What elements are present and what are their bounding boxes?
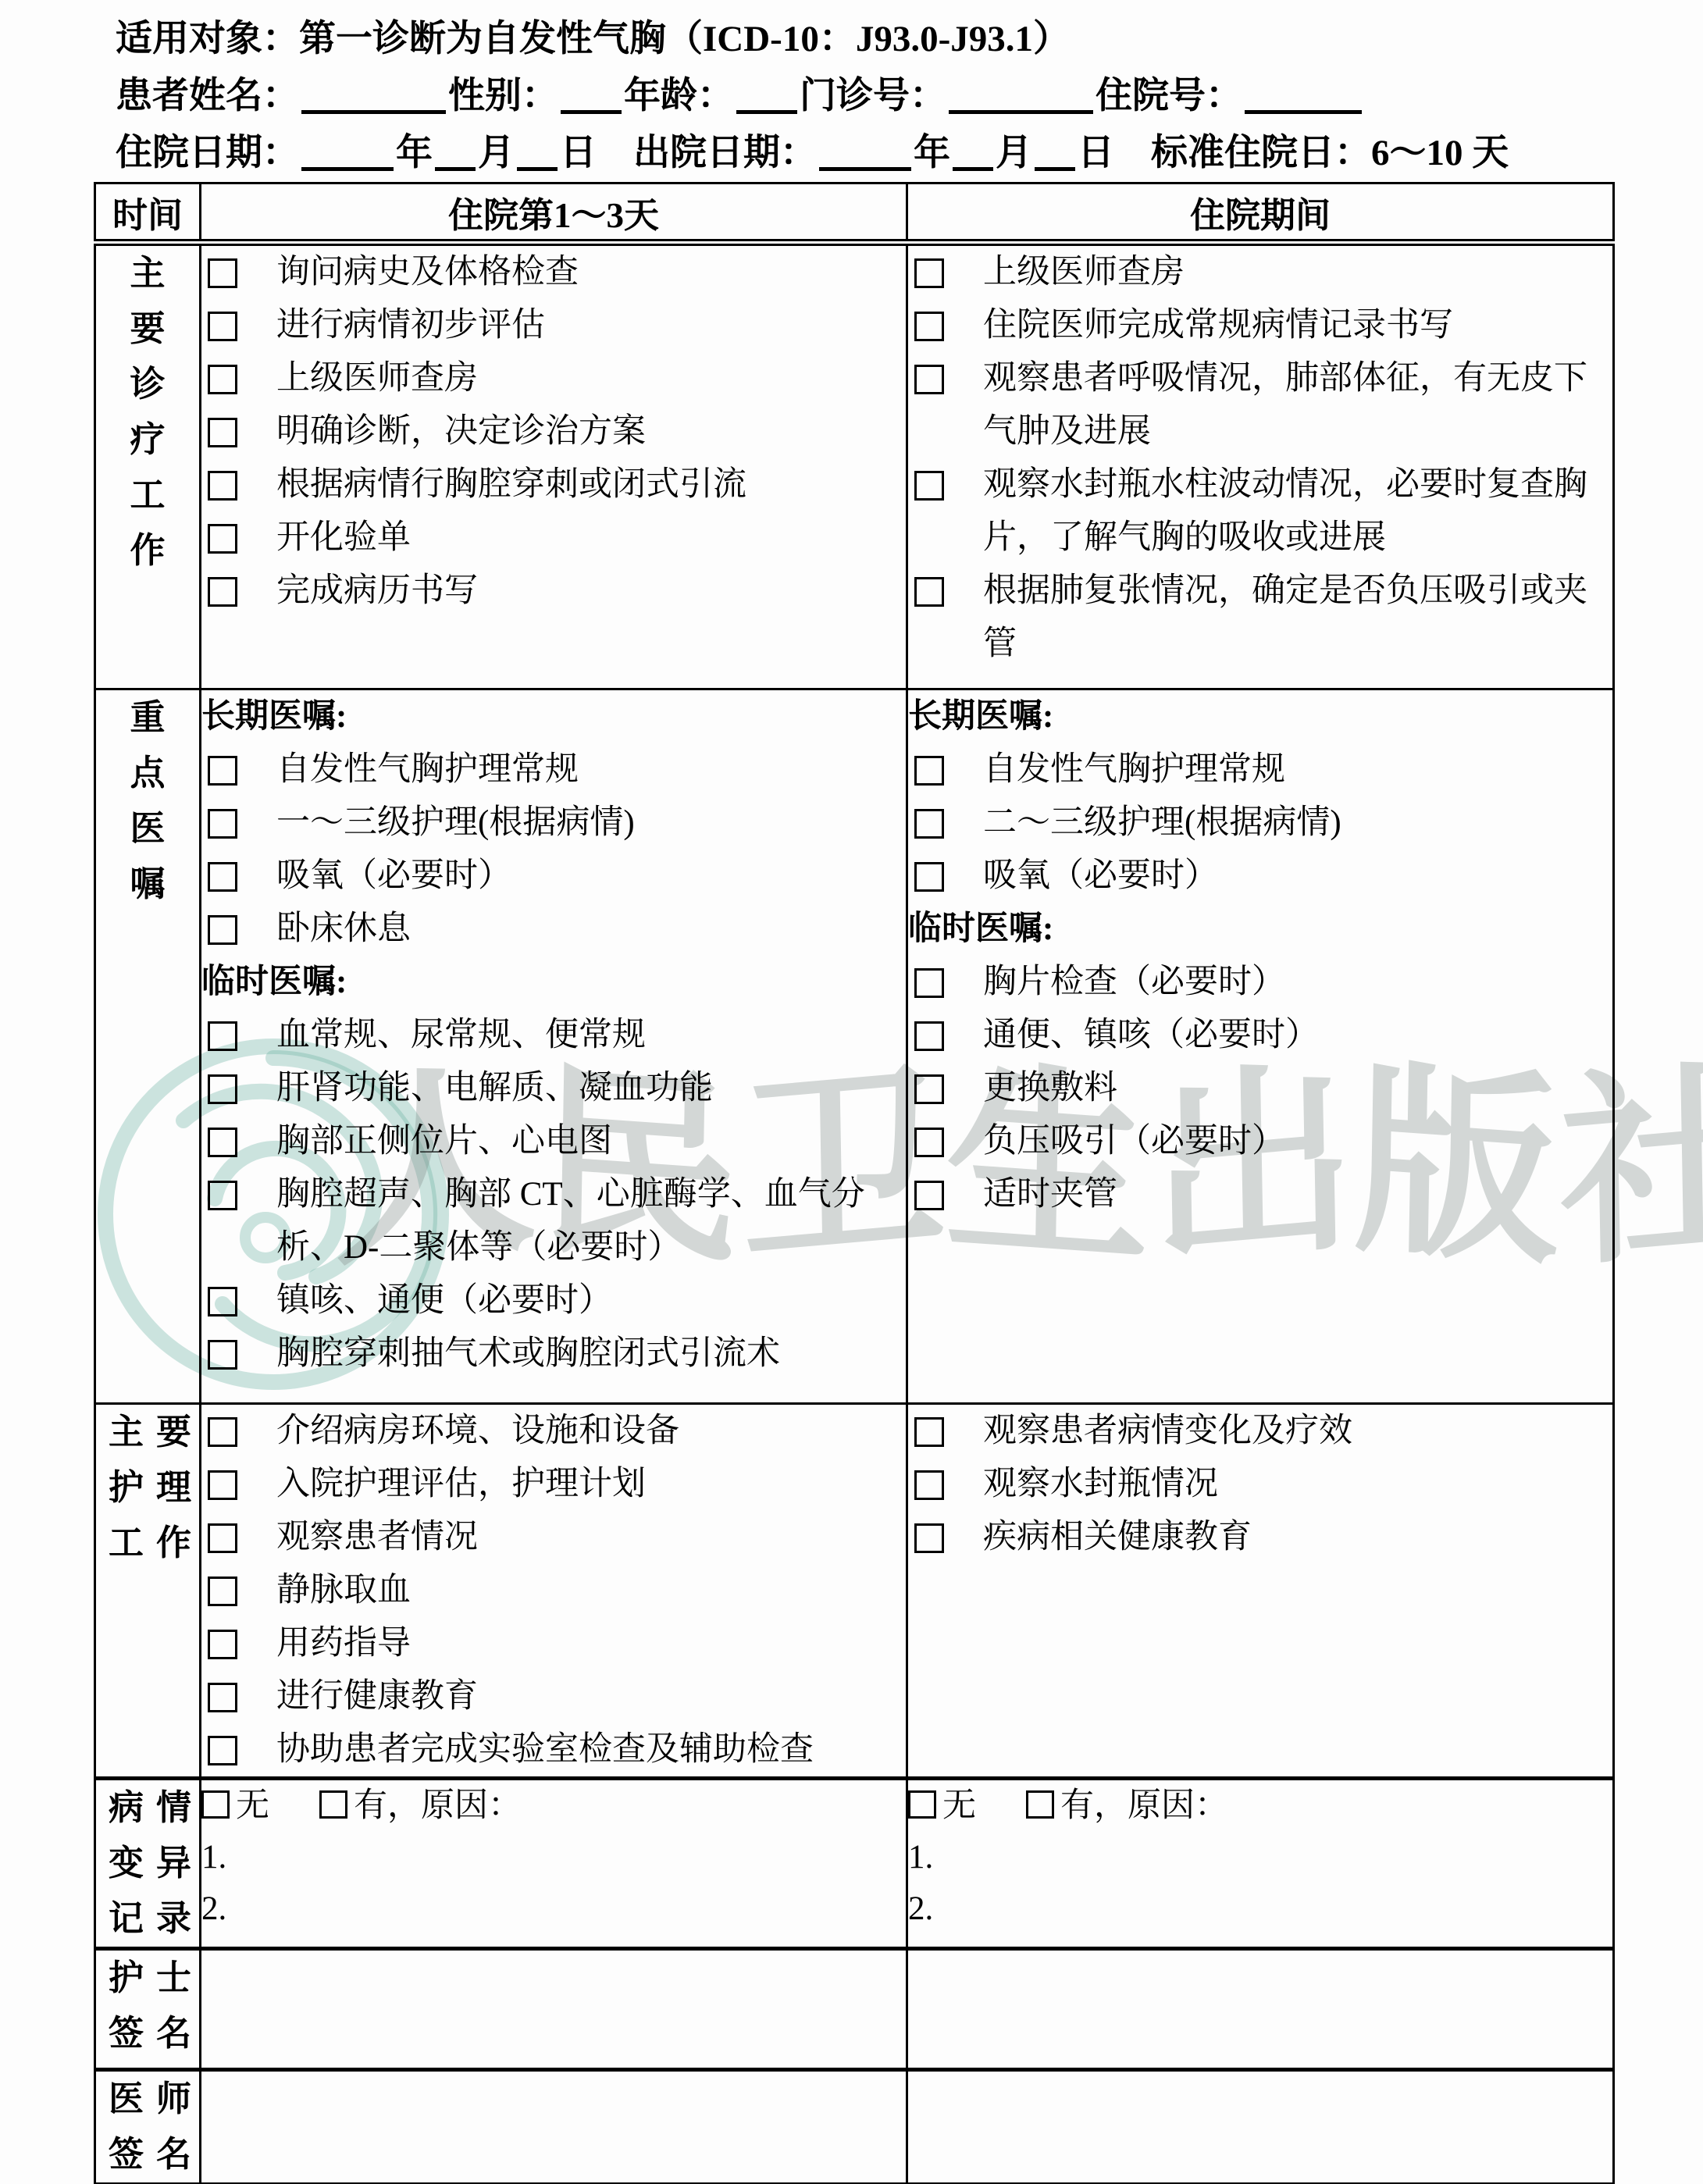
checklist-item-text: 血常规、尿常规、便常规: [276, 1009, 906, 1062]
checklist-item-text: 根据病情行胸腔穿刺或闭式引流: [276, 458, 906, 511]
checklist-item-text: 肝肾功能、电解质、凝血功能: [276, 1062, 906, 1115]
fill-blank[interactable]: [301, 102, 446, 114]
variance-option: 无: [908, 1787, 976, 1824]
row-label-line: 要: [96, 301, 199, 357]
checklist-item: 观察患者病情变化及疗效: [908, 1405, 1612, 1458]
order-section-heading: 长期医嘱:: [908, 690, 1612, 743]
checklist-item-text: 完成病历书写: [276, 565, 906, 618]
header-text: 日 标准住院日：6～10 天: [1078, 133, 1509, 173]
form-header: 适用对象：第一诊断为自发性气胸（ICD-10：J93.0-J93.1）患者姓名：…: [116, 11, 1625, 182]
checklist-item-text: 用药指导: [276, 1617, 906, 1670]
fill-blank[interactable]: [435, 159, 476, 171]
checklist-item-text: 介绍病房环境、设施和设备: [276, 1405, 906, 1458]
checkbox[interactable]: [208, 577, 237, 607]
checklist-item: 用药指导: [201, 1617, 906, 1670]
checklist-item-text: 观察患者病情变化及疗效: [983, 1405, 1612, 1458]
fill-blank[interactable]: [1035, 159, 1075, 171]
checklist-item: 观察水封瓶情况: [908, 1458, 1612, 1511]
header-text: 适用对象：第一诊断为自发性气胸（ICD-10：J93.0-J93.1）: [116, 19, 1070, 59]
checkbox[interactable]: [914, 968, 944, 998]
checklist-item-text: 吸氧（必要时）: [983, 850, 1612, 903]
order-section-heading: 临时医嘱:: [908, 903, 1612, 956]
checkbox[interactable]: [1026, 1790, 1054, 1819]
table-row-variance-record: 病情变异记录无有，原因：1.2.无有，原因：1.2.: [95, 1779, 1614, 1949]
table-header-time: 时间: [95, 183, 201, 243]
checklist-item: 入院护理评估，护理计划: [201, 1458, 906, 1511]
variance-option-label: 有，原因：: [354, 1787, 522, 1824]
checklist-item: 完成病历书写: [201, 565, 906, 618]
checkbox[interactable]: [208, 1021, 237, 1051]
row-label-line: 签名: [96, 2127, 199, 2182]
table-row-nurse-signature: 护士签名: [95, 1949, 1614, 2070]
checkbox[interactable]: [914, 577, 944, 607]
fill-blank[interactable]: [301, 159, 394, 171]
checklist-item: 进行健康教育: [201, 1670, 906, 1723]
checklist-item-text: 静脉取血: [276, 1564, 906, 1617]
checklist-item: 胸腔穿刺抽气术或胸腔闭式引流术: [201, 1327, 906, 1381]
checklist-item-text: 一～三级护理(根据病情): [276, 796, 906, 850]
header-text: 性别：: [448, 76, 558, 116]
checklist-item: 更换敷料: [908, 1062, 1612, 1115]
checklist-item: 询问病史及体格检查: [201, 246, 906, 299]
row-label-line: 主要: [96, 1405, 199, 1460]
header-text: 日 出院日期：: [560, 133, 817, 173]
checkbox[interactable]: [914, 1417, 944, 1447]
header-text: 月: [996, 133, 1032, 173]
row-label-line: 工: [96, 468, 199, 523]
nurse-signature-during-stay-cell[interactable]: [907, 1949, 1614, 2070]
checkbox[interactable]: [201, 1790, 230, 1819]
header-text: 年: [396, 133, 433, 173]
checklist-item: 胸片检查（必要时）: [908, 956, 1612, 1009]
checklist-item-text: 更换敷料: [983, 1062, 1612, 1115]
row-label-variance-record: 病情变异记录: [95, 1779, 201, 1949]
physician-signature-day1-3-cell[interactable]: [201, 2070, 907, 2184]
row-label-line: 嘱: [96, 857, 199, 912]
checklist-item: 卧床休息: [201, 903, 906, 956]
main-diagnosis-work-day1-3-cell: 询问病史及体格检查进行病情初步评估上级医师查房明确诊断，决定诊治方案根据病情行胸…: [201, 243, 907, 689]
row-label-line: 医师: [96, 2072, 199, 2127]
header-text: 患者姓名：: [116, 76, 299, 116]
checklist-item-text: 适时夹管: [983, 1168, 1612, 1221]
checkbox[interactable]: [208, 471, 237, 501]
row-label-line: 记录: [96, 1891, 199, 1947]
checklist-item-text: 观察患者情况: [276, 1511, 906, 1564]
checkbox[interactable]: [914, 1128, 944, 1157]
header-text: 月: [478, 133, 515, 173]
checklist-item: 明确诊断，决定诊治方案: [201, 405, 906, 458]
main-diagnosis-work-during-stay-cell: 上级医师查房住院医师完成常规病情记录书写观察患者呼吸情况，肺部体征，有无皮下气肿…: [907, 243, 1614, 689]
checklist-item: 介绍病房环境、设施和设备: [201, 1405, 906, 1458]
checklist-item: 适时夹管: [908, 1168, 1612, 1221]
checklist-item: 镇咳、通便（必要时）: [201, 1274, 906, 1327]
row-label-key-orders: 重点医嘱: [95, 689, 201, 1404]
form-header-line: 住院日期：年月日 出院日期：年月日 标准住院日：6～10 天: [116, 125, 1625, 182]
checkbox[interactable]: [208, 312, 237, 341]
checklist-item-text: 自发性气胸护理常规: [276, 743, 906, 796]
checklist-item-text: 胸腔穿刺抽气术或胸腔闭式引流术: [276, 1327, 906, 1381]
checklist-item: 上级医师查房: [201, 352, 906, 405]
checkbox[interactable]: [914, 756, 944, 786]
variance-options: 无有，原因：: [908, 1780, 1612, 1832]
row-label-line: 工作: [96, 1516, 199, 1571]
variance-option: 无: [201, 1787, 269, 1824]
row-label-line: 疗: [96, 412, 199, 468]
checklist-item-text: 观察患者呼吸情况，肺部体征，有无皮下气肿及进展: [983, 352, 1612, 458]
checkbox[interactable]: [208, 1417, 237, 1447]
checklist-item: 负压吸引（必要时）: [908, 1115, 1612, 1168]
checkbox[interactable]: [208, 809, 237, 839]
variance-option: 有，原因：: [1026, 1787, 1228, 1824]
checklist-item: 胸部正侧位片、心电图: [201, 1115, 906, 1168]
checkbox[interactable]: [914, 1074, 944, 1104]
checklist-item-text: 疾病相关健康教育: [983, 1511, 1612, 1564]
row-label-line: 医: [96, 801, 199, 857]
checklist-item-text: 上级医师查房: [276, 352, 906, 405]
checkbox[interactable]: [208, 1683, 237, 1712]
checklist-item-text: 通便、镇咳（必要时）: [983, 1009, 1612, 1062]
checklist-item-text: 上级医师查房: [983, 246, 1612, 299]
checklist-item-text: 镇咳、通便（必要时）: [276, 1274, 906, 1327]
checkbox[interactable]: [208, 1128, 237, 1157]
checkbox[interactable]: [914, 1181, 944, 1210]
checklist-item: 自发性气胸护理常规: [908, 743, 1612, 796]
row-label-physician-signature: 医师签名: [95, 2070, 201, 2184]
header-text: 门诊号：: [800, 76, 946, 116]
row-label-line: 签名: [96, 2006, 199, 2061]
checklist-item-text: 自发性气胸护理常规: [983, 743, 1612, 796]
key-orders-during-stay-cell: 长期医嘱:自发性气胸护理常规二～三级护理(根据病情)吸氧（必要时）临时医嘱:胸片…: [907, 689, 1614, 1404]
nurse-signature-day1-3-cell[interactable]: [201, 1949, 907, 2070]
checkbox[interactable]: [208, 1523, 237, 1553]
checkbox[interactable]: [208, 418, 237, 447]
numbered-blank-line: 2.: [908, 1883, 1612, 1935]
row-label-line: 护士: [96, 1951, 199, 2006]
checklist-item: 根据肺复张情况，确定是否负压吸引或夹管: [908, 565, 1612, 671]
order-section-heading: 长期医嘱:: [201, 690, 906, 743]
table-row-key-orders: 重点医嘱长期医嘱:自发性气胸护理常规一～三级护理(根据病情)吸氧（必要时）卧床休…: [95, 689, 1614, 1404]
checklist-item: 进行病情初步评估: [201, 299, 906, 352]
variance-option-label: 无: [942, 1787, 976, 1824]
fill-blank[interactable]: [736, 102, 797, 114]
physician-signature-during-stay-cell[interactable]: [907, 2070, 1614, 2184]
checklist-item-text: 入院护理评估，护理计划: [276, 1458, 906, 1511]
variance-options: 无有，原因：: [201, 1780, 906, 1832]
checklist-item-text: 胸腔超声、胸部 CT、心脏酶学、血气分析、D-二聚体等（必要时）: [276, 1168, 906, 1274]
numbered-blank-line: 2.: [201, 1883, 906, 1935]
checklist-item: 疾病相关健康教育: [908, 1511, 1612, 1564]
checklist-item: 观察患者呼吸情况，肺部体征，有无皮下气肿及进展: [908, 352, 1612, 458]
table-header-row: 时间 住院第1～3天 住院期间: [95, 183, 1614, 243]
row-label-line: 病情: [96, 1780, 199, 1836]
checkbox[interactable]: [208, 862, 237, 892]
clinical-pathway-page: 人民卫生出版社 适用对象：第一诊断为自发性气胸（ICD-10：J93.0-J93…: [0, 0, 1703, 2184]
fill-blank[interactable]: [561, 102, 622, 114]
variance-record-during-stay-cell: 无有，原因：1.2.: [907, 1779, 1614, 1949]
checklist-item-text: 进行健康教育: [276, 1670, 906, 1723]
checklist-item-text: 明确诊断，决定诊治方案: [276, 405, 906, 458]
checklist-item-text: 协助患者完成实验室检查及辅助检查: [276, 1723, 906, 1776]
checkbox[interactable]: [914, 1523, 944, 1553]
checklist-item: 胸腔超声、胸部 CT、心脏酶学、血气分析、D-二聚体等（必要时）: [201, 1168, 906, 1274]
variance-record-day1-3-cell: 无有，原因：1.2.: [201, 1779, 907, 1949]
checkbox[interactable]: [914, 809, 944, 839]
checkbox[interactable]: [208, 1287, 237, 1316]
key-orders-day1-3-cell: 长期医嘱:自发性气胸护理常规一～三级护理(根据病情)吸氧（必要时）卧床休息临时医…: [201, 689, 907, 1404]
checkbox[interactable]: [319, 1790, 347, 1819]
checkbox[interactable]: [208, 756, 237, 786]
checklist-item: 根据病情行胸腔穿刺或闭式引流: [201, 458, 906, 511]
checklist-item: 开化验单: [201, 511, 906, 565]
fill-blank[interactable]: [949, 102, 1093, 114]
table-row-main-nursing-work: 主要护理工作介绍病房环境、设施和设备入院护理评估，护理计划观察患者情况静脉取血用…: [95, 1404, 1614, 1779]
checkbox[interactable]: [914, 1021, 944, 1051]
checkbox[interactable]: [208, 1074, 237, 1104]
numbered-blank-line: 1.: [201, 1832, 906, 1883]
table-header-day1-3: 住院第1～3天: [201, 183, 907, 243]
table-row-physician-signature: 医师签名: [95, 2070, 1614, 2184]
checklist-item: 一～三级护理(根据病情): [201, 796, 906, 850]
checkbox[interactable]: [208, 1340, 237, 1370]
row-label-main-nursing-work: 主要护理工作: [95, 1404, 201, 1779]
checklist-item-text: 二～三级护理(根据病情): [983, 796, 1612, 850]
order-section-heading: 临时医嘱:: [201, 956, 906, 1009]
checklist-item-text: 胸片检查（必要时）: [983, 956, 1612, 1009]
checkbox[interactable]: [208, 1181, 237, 1210]
checkbox[interactable]: [914, 312, 944, 341]
row-label-line: 诊: [96, 357, 199, 412]
checklist-item-text: 询问病史及体格检查: [276, 246, 906, 299]
checklist-item: 通便、镇咳（必要时）: [908, 1009, 1612, 1062]
checklist-item: 上级医师查房: [908, 246, 1612, 299]
checkbox[interactable]: [914, 365, 944, 394]
checkbox[interactable]: [208, 258, 237, 288]
row-label-line: 变异: [96, 1836, 199, 1891]
checkbox[interactable]: [914, 471, 944, 501]
checklist-item-text: 住院医师完成常规病情记录书写: [983, 299, 1612, 352]
checklist-item: 二～三级护理(根据病情): [908, 796, 1612, 850]
checkbox[interactable]: [208, 1470, 237, 1500]
checklist-item-text: 开化验单: [276, 511, 906, 565]
variance-option-label: 无: [236, 1787, 269, 1824]
checklist-item-text: 卧床休息: [276, 903, 906, 956]
checklist-item-text: 吸氧（必要时）: [276, 850, 906, 903]
variance-option-label: 有，原因：: [1060, 1787, 1228, 1824]
row-label-line: 重: [96, 690, 199, 746]
checklist-item: 自发性气胸护理常规: [201, 743, 906, 796]
row-label-line: 主: [96, 246, 199, 301]
header-text: 住院日期：: [116, 133, 299, 173]
checklist-item: 协助患者完成实验室检查及辅助检查: [201, 1723, 906, 1776]
header-text: 住院号：: [1096, 76, 1242, 116]
checkbox[interactable]: [208, 1630, 237, 1659]
checklist-item: 血常规、尿常规、便常规: [201, 1009, 906, 1062]
table-row-main-diagnosis-work: 主要诊疗工作询问病史及体格检查进行病情初步评估上级医师查房明确诊断，决定诊治方案…: [95, 243, 1614, 689]
checklist-item-text: 胸部正侧位片、心电图: [276, 1115, 906, 1168]
checklist-item: 肝肾功能、电解质、凝血功能: [201, 1062, 906, 1115]
numbered-blank-line: 1.: [908, 1832, 1612, 1883]
checklist-item-text: 进行病情初步评估: [276, 299, 906, 352]
checkbox[interactable]: [208, 524, 237, 554]
checklist-item: 静脉取血: [201, 1564, 906, 1617]
fill-blank[interactable]: [819, 159, 911, 171]
checkbox[interactable]: [208, 365, 237, 394]
checkbox[interactable]: [208, 915, 237, 945]
checkbox[interactable]: [208, 1577, 237, 1606]
main-nursing-work-during-stay-cell: 观察患者病情变化及疗效观察水封瓶情况疾病相关健康教育: [907, 1404, 1614, 1779]
row-label-main-diagnosis-work: 主要诊疗工作: [95, 243, 201, 689]
main-nursing-work-day1-3-cell: 介绍病房环境、设施和设备入院护理评估，护理计划观察患者情况静脉取血用药指导进行健…: [201, 1404, 907, 1779]
checkbox[interactable]: [208, 1736, 237, 1765]
checkbox[interactable]: [914, 862, 944, 892]
table-header-during-stay: 住院期间: [907, 183, 1614, 243]
checklist-item: 观察患者情况: [201, 1511, 906, 1564]
pathway-table: 时间 住院第1～3天 住院期间 主要诊疗工作询问病史及体格检查进行病情初步评估上…: [94, 182, 1615, 2184]
row-label-line: 护理: [96, 1460, 199, 1516]
fill-blank[interactable]: [517, 159, 558, 171]
header-text: 年龄：: [624, 76, 734, 116]
row-label-line: 点: [96, 746, 199, 801]
checklist-item-text: 根据肺复张情况，确定是否负压吸引或夹管: [983, 565, 1612, 671]
row-label-nurse-signature: 护士签名: [95, 1949, 201, 2070]
checkbox[interactable]: [914, 258, 944, 288]
checklist-item-text: 观察水封瓶水柱波动情况，必要时复查胸片，了解气胸的吸收或进展: [983, 458, 1612, 565]
checklist-item: 吸氧（必要时）: [908, 850, 1612, 903]
fill-blank[interactable]: [953, 159, 993, 171]
variance-option: 有，原因：: [319, 1787, 522, 1824]
form-header-line: 患者姓名：性别：年龄：门诊号：住院号：: [116, 68, 1625, 125]
checklist-item: 观察水封瓶水柱波动情况，必要时复查胸片，了解气胸的吸收或进展: [908, 458, 1612, 565]
fill-blank[interactable]: [1245, 102, 1362, 114]
checklist-item: 吸氧（必要时）: [201, 850, 906, 903]
checklist-item-text: 负压吸引（必要时）: [983, 1115, 1612, 1168]
checklist-item-text: 观察水封瓶情况: [983, 1458, 1612, 1511]
checkbox[interactable]: [908, 1790, 936, 1819]
checklist-item: 住院医师完成常规病情记录书写: [908, 299, 1612, 352]
row-label-line: 作: [96, 523, 199, 579]
form-header-line: 适用对象：第一诊断为自发性气胸（ICD-10：J93.0-J93.1）: [116, 11, 1625, 68]
checkbox[interactable]: [914, 1470, 944, 1500]
header-text: 年: [914, 133, 950, 173]
